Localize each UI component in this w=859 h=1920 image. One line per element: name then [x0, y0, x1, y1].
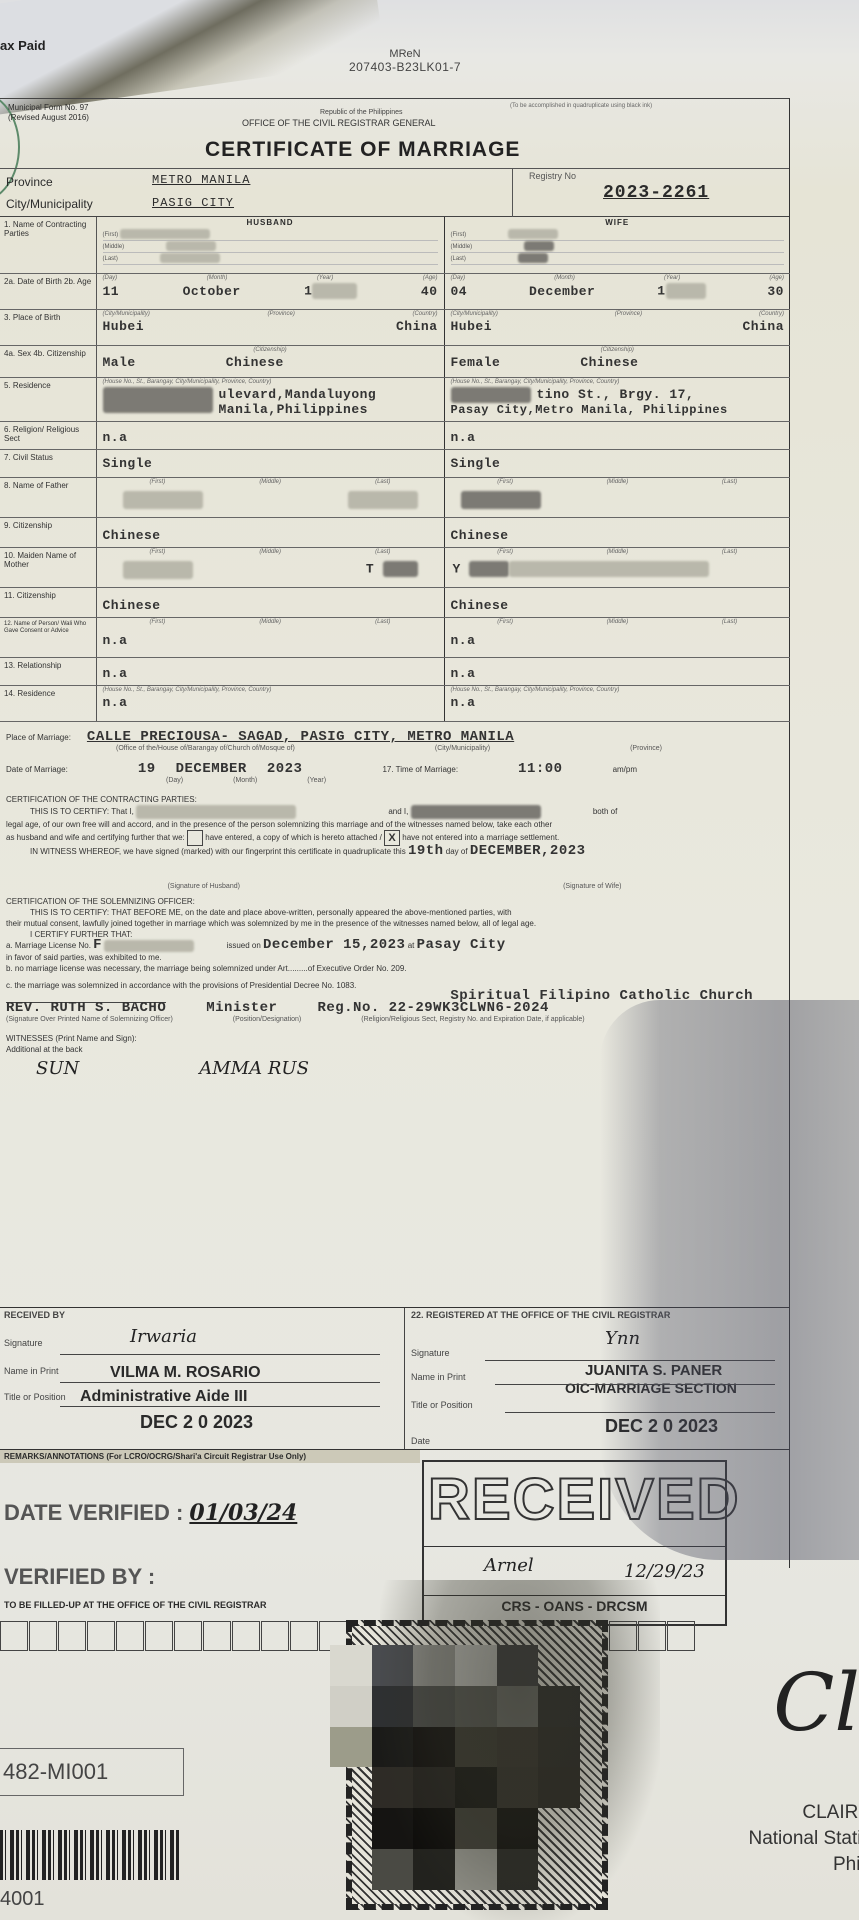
- husband-residence: ulevard,Mandaluyong: [219, 387, 377, 402]
- husband-pob-country: China: [396, 319, 438, 334]
- city-value: PASIG CITY: [152, 196, 234, 210]
- officer-position: Minister: [206, 1003, 277, 1014]
- row-religion: 6. Religion/ Religious Sect n.a n.a: [0, 421, 790, 449]
- received-stamp-date: 12/29/23: [624, 1561, 705, 1582]
- photo-shadow-bottom: [380, 1580, 660, 1920]
- row-dob: 2a. Date of Birth 2b. Age (Day)(Month)(Y…: [0, 273, 790, 309]
- verified-by: VERIFIED BY :: [4, 1564, 155, 1590]
- barcode: [0, 1830, 180, 1880]
- received-by-name: VILMA M. ROSARIO: [110, 1364, 261, 1382]
- revised-date: (Revised August 2016): [8, 113, 89, 123]
- row-consent: 12. Name of Person/ Wali Who Gave Consen…: [0, 617, 790, 657]
- label-pob: 3. Place of Birth: [0, 309, 96, 345]
- redacted: [104, 940, 194, 952]
- row-consent-residence: 14. Residence (House No., St., Barangay,…: [0, 685, 790, 721]
- received-by-date: DEC 2 0 2023: [140, 1412, 253, 1433]
- wife-religion: n.a: [444, 421, 790, 449]
- republic-label: Republic of the Philippines: [320, 109, 403, 116]
- photo-shadow-right: [600, 1000, 859, 1560]
- label-consent-residence: 14. Residence: [0, 685, 96, 721]
- husband-consent-residence: n.a: [103, 695, 438, 710]
- label-mother-citizenship: 11. Citizenship: [0, 587, 96, 617]
- husband-relationship: n.a: [96, 657, 444, 685]
- registry-number: 2023-2261: [603, 183, 709, 203]
- witness-1-signature: SUN: [36, 1063, 79, 1074]
- wife-father-citizenship: Chinese: [444, 517, 790, 547]
- official-title: National Statistic: [690, 1826, 859, 1852]
- husband-header: HUSBAND: [103, 217, 438, 229]
- license-place: Pasay City: [417, 937, 506, 953]
- husband-civil-status: Single: [96, 449, 444, 477]
- husband-signature: (Signature of Husband): [168, 881, 240, 892]
- certification-parties: CERTIFICATION OF THE CONTRACTING PARTIES…: [6, 794, 783, 892]
- husband-name: HUSBAND (First) (Middle) (Last): [96, 217, 444, 273]
- received-by-signature: Irwaria: [130, 1326, 197, 1347]
- parties-table: 1. Name of Contracting Parties HUSBAND (…: [0, 217, 790, 722]
- row-sex: 4a. Sex 4b. Citizenship (Citizenship) Ma…: [0, 345, 790, 377]
- time-label: 17. Time of Marriage:: [382, 764, 458, 775]
- husband-religion: n.a: [96, 421, 444, 449]
- redacted: [136, 805, 296, 819]
- form-header: Municipal Form No. 97 (Revised August 20…: [0, 99, 789, 169]
- row-name: 1. Name of Contracting Parties HUSBAND (…: [0, 217, 790, 273]
- date-year: 2023: [267, 764, 303, 775]
- row-mother-citizenship: 11. Citizenship Chinese Chinese: [0, 587, 790, 617]
- row-father-citizenship: 9. Citizenship Chinese Chinese: [0, 517, 790, 547]
- date-verified: DATE VERIFIED : 01/03/24: [4, 1500, 297, 1526]
- row-father: 8. Name of Father (First)(Middle)(Last) …: [0, 477, 790, 517]
- row-mother: 10. Maiden Name of Mother (First)(Middle…: [0, 547, 790, 587]
- quadruplicate-note: (To be accomplished in quadruplicate usi…: [510, 103, 652, 109]
- municipal-form-info: Municipal Form No. 97 (Revised August 20…: [8, 103, 89, 123]
- wife-header: WIFE: [451, 217, 785, 229]
- redacted: [160, 253, 220, 263]
- redacted: [666, 283, 706, 299]
- wife-residence: tino St., Brgy. 17,: [537, 387, 695, 403]
- mren-number: 207403-B23LK01-7: [330, 60, 480, 74]
- received-by-block: RECEIVED BY Signature Irwaria Name in Pr…: [0, 1308, 405, 1450]
- place-label: Place of Marriage:: [6, 732, 71, 743]
- registry-label: Registry No: [529, 171, 576, 181]
- husband-age: 40: [421, 284, 438, 299]
- province-row: Province METRO MANILA City/Municipality …: [0, 169, 789, 217]
- nso-official-block: Cl CLAIRE D National Statistic Philipp: [690, 1800, 859, 1878]
- redacted: [508, 229, 558, 239]
- redacted: [451, 387, 531, 403]
- officer-reg-no: Reg.No. 22-29WK3CLWN6-2024: [317, 1003, 548, 1014]
- wife-mother-citizenship: Chinese: [444, 587, 790, 617]
- label-sex: 4a. Sex 4b. Citizenship: [0, 345, 96, 377]
- page-title: CERTIFICATE OF MARRIAGE: [205, 138, 520, 162]
- row-civil-status: 7. Civil Status Single Single: [0, 449, 790, 477]
- official-signature: Cl: [773, 1690, 859, 1716]
- date-label: Date of Marriage:: [6, 764, 68, 775]
- date-verified-value: 01/03/24: [189, 1500, 297, 1526]
- label-residence: 5. Residence: [0, 377, 96, 421]
- husband-mother-citizenship: Chinese: [96, 587, 444, 617]
- redacted: [461, 491, 541, 509]
- redacted: [383, 561, 418, 577]
- wife-signature: (Signature of Wife): [563, 881, 621, 892]
- husband-consent: n.a: [103, 627, 438, 648]
- redacted: [524, 241, 554, 251]
- husband-citizenship: Chinese: [226, 355, 284, 370]
- wife-consent-residence: n.a: [451, 695, 785, 710]
- label-religion: 6. Religion/ Religious Sect: [0, 421, 96, 449]
- wife-name: WIFE (First) (Middle) (Last): [444, 217, 790, 273]
- officer-name: REV. RUTH S. BACHO: [6, 1002, 166, 1014]
- tax-paid-label: ax Paid: [0, 38, 46, 53]
- redacted: [469, 561, 509, 577]
- husband-father-citizenship: Chinese: [96, 517, 444, 547]
- redacted: [348, 491, 418, 509]
- label-father: 8. Name of Father: [0, 477, 96, 517]
- official-name: CLAIRE D: [690, 1800, 859, 1826]
- husband-pob-city: Hubei: [103, 319, 145, 334]
- wife-dob-year: 1: [657, 283, 665, 298]
- municipal-form-number: Municipal Form No. 97: [8, 103, 89, 113]
- city-label: City/Municipality: [6, 197, 93, 211]
- label-father-citizenship: 9. Citizenship: [0, 517, 96, 547]
- mren-label: MReN: [330, 48, 480, 60]
- official-country: Philipp: [690, 1852, 859, 1878]
- settlement-not-entered-checkbox[interactable]: X: [384, 830, 400, 846]
- province-label: Province: [6, 175, 53, 189]
- husband-sex: Male: [103, 355, 136, 370]
- license-date: December 15,2023: [263, 937, 405, 953]
- redacted: [123, 491, 203, 509]
- redacted: [509, 561, 709, 577]
- label-consent: 12. Name of Person/ Wali Who Gave Consen…: [0, 617, 96, 657]
- time-value: 11:00: [518, 764, 563, 775]
- wife-consent: n.a: [451, 627, 785, 648]
- date-day: 19: [138, 764, 156, 775]
- redacted: [166, 241, 216, 251]
- document-code: 482-MI001: [0, 1748, 184, 1796]
- wife-pob-country: China: [742, 319, 784, 334]
- place-value: CALLE PRECIOUSA- SAGAD, PASIG CITY, METR…: [87, 732, 514, 743]
- date-month: DECEMBER: [176, 764, 247, 775]
- office-label: OFFICE OF THE CIVIL REGISTRAR GENERAL: [242, 118, 436, 128]
- wife-citizenship: Chinese: [580, 355, 638, 370]
- wife-pob-city: Hubei: [451, 319, 493, 334]
- received-by-position: Administrative Aide III: [80, 1388, 247, 1406]
- label-civil-status: 7. Civil Status: [0, 449, 96, 477]
- label-relationship: 13. Relationship: [0, 657, 96, 685]
- redacted: [312, 283, 357, 299]
- wife-dob-day: 04: [451, 284, 468, 299]
- witness-2-signature: AMMA RUS: [199, 1063, 309, 1074]
- husband-dob-day: 11: [103, 284, 120, 299]
- settlement-entered-checkbox[interactable]: [187, 830, 203, 846]
- redacted: [411, 805, 541, 819]
- row-relationship: 13. Relationship n.a n.a: [0, 657, 790, 685]
- label-name: 1. Name of Contracting Parties: [0, 217, 96, 273]
- redacted: [123, 561, 193, 579]
- row-pob: 3. Place of Birth (City/Municipality)(Pr…: [0, 309, 790, 345]
- province-value: METRO MANILA: [152, 173, 250, 187]
- wife-relationship: n.a: [444, 657, 790, 685]
- husband-dob-month: October: [183, 284, 241, 299]
- label-mother: 10. Maiden Name of Mother: [0, 547, 96, 587]
- husband-dob-year: 1: [304, 283, 312, 298]
- wife-dob-month: December: [529, 284, 595, 299]
- redacted: [120, 229, 210, 239]
- mren-block: MReN 207403-B23LK01-7: [330, 48, 480, 74]
- label-dob: 2a. Date of Birth 2b. Age: [0, 273, 96, 309]
- row-residence: 5. Residence (House No., St., Barangay, …: [0, 377, 790, 421]
- barcode-number: 4001: [0, 1888, 45, 1911]
- redacted: [518, 253, 548, 263]
- wife-age: 30: [767, 284, 784, 299]
- wife-civil-status: Single: [444, 449, 790, 477]
- redacted: [103, 387, 213, 413]
- registry-box: Registry No 2023-2261: [512, 169, 790, 217]
- wife-sex: Female: [451, 355, 501, 370]
